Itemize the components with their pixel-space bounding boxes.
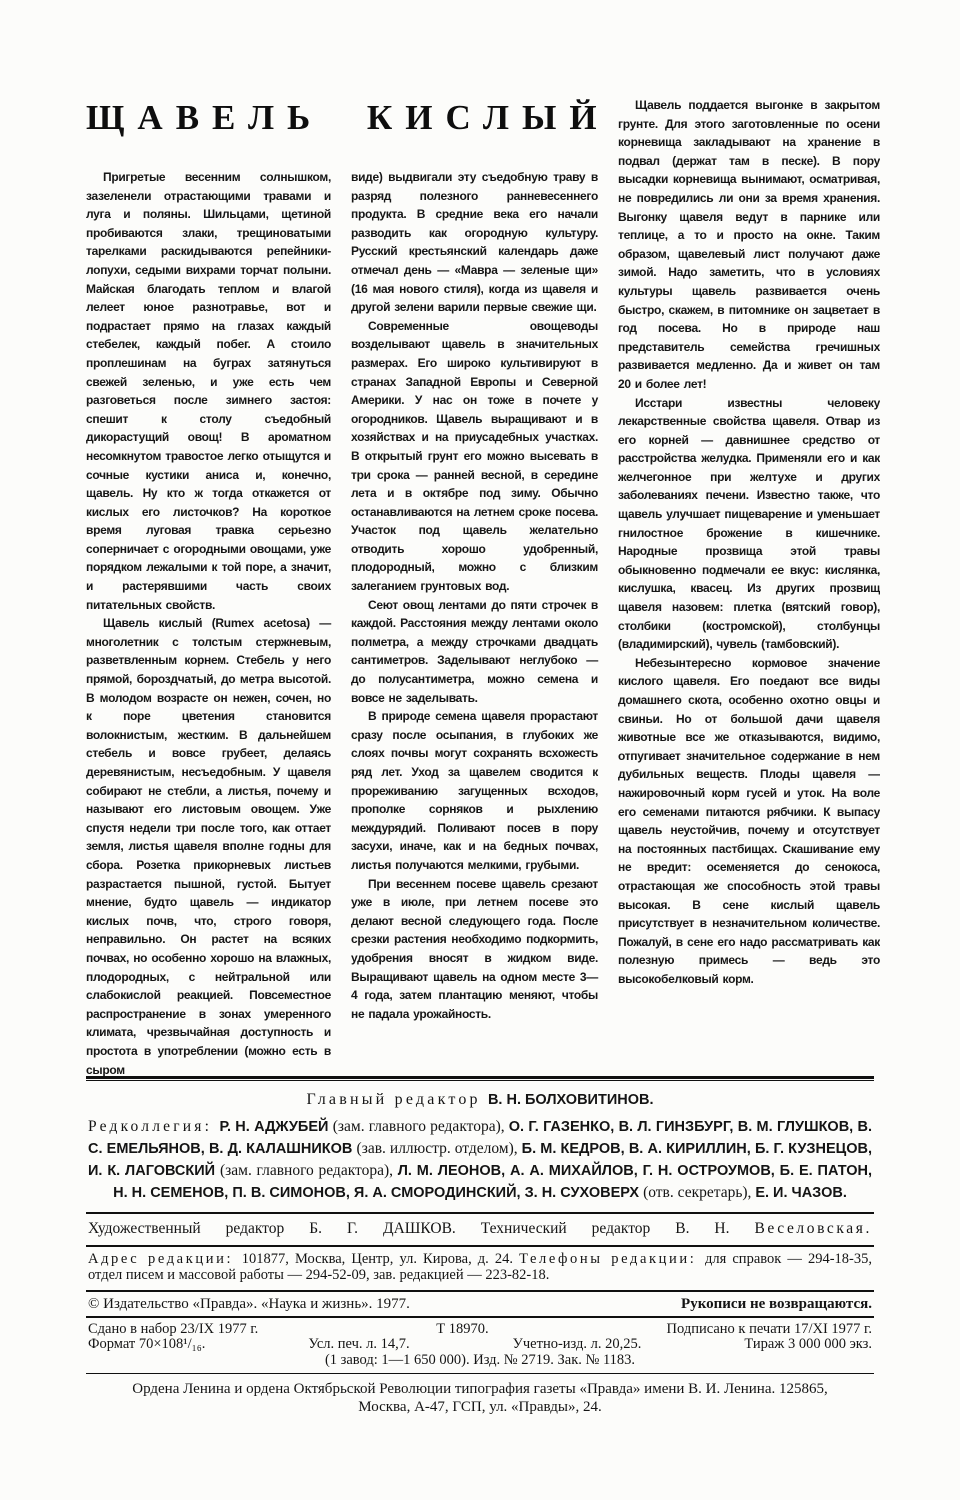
text-segment: 101877, Москва, Центр, ул. Кирова, д. 24… — [242, 1251, 519, 1267]
text-segment: Веселовская. — [754, 1220, 872, 1237]
article-column-1: Пригретые весенним солнышком, зазеленели… — [86, 154, 331, 1088]
article-paragraph: Современные овощеводы возделывают щавель… — [351, 317, 598, 596]
imprint-circulation: Тираж 3 000 000 экз. — [744, 1337, 872, 1353]
article-paragraph: виде) выдвигали эту съедобную траву в ра… — [351, 168, 598, 317]
article-paragraph: Сеют овощ лентами до пяти строчек в кажд… — [351, 596, 598, 708]
text-segment: Редколлегия: — [88, 1118, 219, 1135]
text-segment: В. Н. БОЛХОВИТИНОВ. — [488, 1092, 654, 1108]
imprint-t-number: Т 18970. — [436, 1322, 488, 1338]
text-segment: Художественный редактор Б. Г. ДАШКОВ. Те… — [88, 1220, 754, 1237]
magazine-page: ЩАВЕЛЬ КИСЛЫЙ Пригретые весенним солнышк… — [0, 0, 960, 1500]
text-segment: Телефоны редакции: — [519, 1251, 705, 1267]
imprint-typeset-date: Сдано в набор 23/IX 1977 г. — [88, 1322, 258, 1338]
masthead: Главный редактор В. Н. БОЛХОВИТИНОВ. Ред… — [86, 1081, 874, 1212]
imprint-block: Сдано в набор 23/IX 1977 г. Т 18970. Под… — [86, 1318, 874, 1374]
editorial-board: Редколлегия: Р. Н. АДЖУБЕЙ (зам. главног… — [88, 1116, 872, 1204]
text-segment: Адрес редакции: — [88, 1251, 242, 1267]
article-paragraph: Щавель кислый (Rumex acetosa) — многолет… — [86, 614, 331, 1079]
imprint-row-3: (1 завод: 1—1 650 000). Изд. № 2719. Зак… — [88, 1353, 872, 1369]
article-paragraph: При весеннем посеве щавель срезают уже в… — [351, 875, 598, 1024]
text-segment: (зам. главного редактора), — [220, 1162, 398, 1179]
imprint-press-sheets: Усл. печ. л. 14,7. — [308, 1337, 409, 1353]
imprint-row-2: Формат 70×108¹/₁₆. Усл. печ. л. 14,7. Уч… — [88, 1337, 872, 1353]
text-segment: Р. Н. АДЖУБЕЙ — [219, 1119, 332, 1135]
imprint-row-1: Сдано в набор 23/IX 1977 г. Т 18970. Под… — [88, 1322, 872, 1338]
copyright-row: © Издательство «Правда». «Наука и жизнь»… — [86, 1292, 874, 1316]
imprint-account-sheets: Учетно-изд. л. 20,25. — [513, 1337, 642, 1353]
chief-editor-line: Главный редактор В. Н. БОЛХОВИТИНОВ. — [88, 1091, 872, 1109]
article-column-2: виде) выдвигали эту съедобную траву в ра… — [351, 154, 598, 1088]
page-footer: Главный редактор В. Н. БОЛХОВИТИНОВ. Ред… — [86, 1076, 874, 1416]
article-paragraph: Щавель поддается выгонке в закрытом грун… — [618, 96, 880, 394]
imprint-format: Формат 70×108¹/₁₆. — [88, 1337, 205, 1353]
article-title: ЩАВЕЛЬ КИСЛЫЙ — [86, 96, 598, 154]
manuscripts-notice: Рукописи не возвращаются. — [681, 1296, 872, 1313]
text-segment: (зам. главного редактора), — [333, 1118, 509, 1135]
article-paragraph: В природе семена щавеля прорастают сразу… — [351, 707, 598, 874]
imprint-print-date: Подписано к печати 17/XI 1977 г. — [667, 1322, 872, 1338]
article: ЩАВЕЛЬ КИСЛЫЙ Пригретые весенним солнышк… — [86, 96, 880, 1088]
text-segment: Е. И. ЧАЗОВ. — [755, 1185, 847, 1201]
publisher-copyright: © Издательство «Правда». «Наука и жизнь»… — [88, 1296, 410, 1313]
text-segment: (отв. секретарь), — [643, 1184, 755, 1201]
text-segment: Главный редактор — [306, 1091, 487, 1108]
printing-house-line: Ордена Ленина и ордена Октябрьской Револ… — [86, 1374, 874, 1416]
article-paragraph: Небезынтересно кормовое значение кислого… — [618, 654, 880, 989]
article-paragraph: Пригретые весенним солнышком, зазеленели… — [86, 168, 331, 614]
article-column-3: Щавель поддается выгонке в закрытом грун… — [618, 96, 880, 1088]
editorial-address: Адрес редакции: 101877, Москва, Центр, у… — [86, 1247, 874, 1290]
text-segment: (зав. иллюстр. отделом), — [357, 1140, 522, 1157]
article-paragraph: Исстари известны человеку лекарственные … — [618, 394, 880, 654]
art-technical-editors-line: Художественный редактор Б. Г. ДАШКОВ. Те… — [86, 1214, 874, 1245]
